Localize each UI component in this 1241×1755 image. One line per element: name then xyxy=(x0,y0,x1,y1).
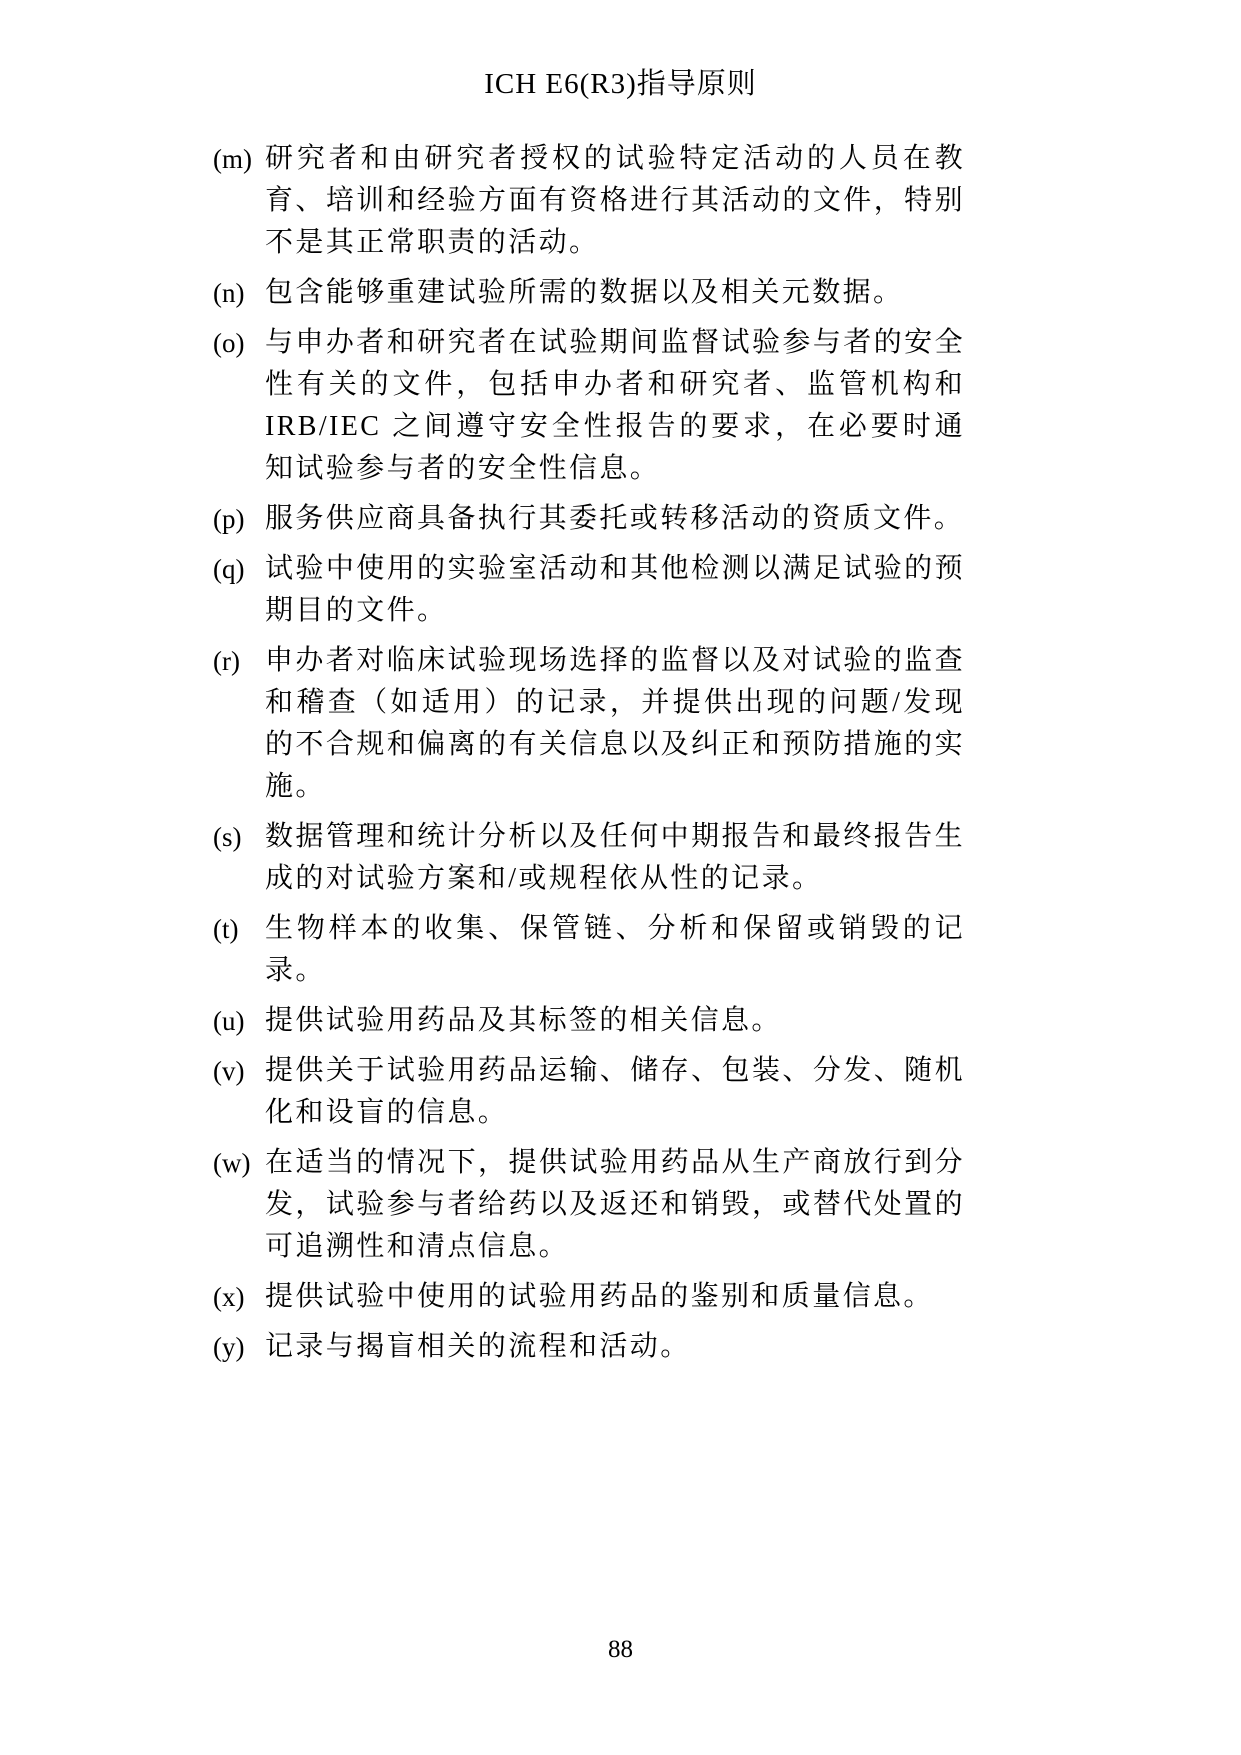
item-text: 包含能够重建试验所需的数据以及相关元数据。 xyxy=(265,272,965,314)
item-text: 申办者对临床试验现场选择的监督以及对试验的监查和稽查（如适用）的记录，并提供出现… xyxy=(265,640,965,808)
item-label: (u) xyxy=(213,1000,265,1042)
list-item: (q) 试验中使用的实验室活动和其他检测以满足试验的预期目的文件。 xyxy=(213,548,1241,632)
list-item: (w) 在适当的情况下，提供试验用药品从生产商放行到分发，试验参与者给药以及返还… xyxy=(213,1142,1241,1268)
item-label: (p) xyxy=(213,498,265,540)
item-text: 在适当的情况下，提供试验用药品从生产商放行到分发，试验参与者给药以及返还和销毁，… xyxy=(265,1142,965,1268)
page-title: ICH E6(R3)指导原则 xyxy=(0,66,1241,102)
list-item: (v) 提供关于试验用药品运输、储存、包装、分发、随机化和设盲的信息。 xyxy=(213,1050,1241,1134)
page-number: 88 xyxy=(0,1635,1241,1665)
item-text: 数据管理和统计分析以及任何中期报告和最终报告生成的对试验方案和/或规程依从性的记… xyxy=(265,816,965,900)
list-item: (x) 提供试验中使用的试验用药品的鉴别和质量信息。 xyxy=(213,1276,1241,1318)
item-text: 提供试验用药品及其标签的相关信息。 xyxy=(265,1000,965,1042)
list-item: (t) 生物样本的收集、保管链、分析和保留或销毁的记录。 xyxy=(213,908,1241,992)
list-item: (o) 与申办者和研究者在试验期间监督试验参与者的安全性有关的文件，包括申办者和… xyxy=(213,322,1241,490)
item-text: 试验中使用的实验室活动和其他检测以满足试验的预期目的文件。 xyxy=(265,548,965,632)
item-text: 提供试验中使用的试验用药品的鉴别和质量信息。 xyxy=(265,1276,965,1318)
item-label: (y) xyxy=(213,1326,265,1368)
item-label: (x) xyxy=(213,1276,265,1318)
item-label: (s) xyxy=(213,816,265,858)
list-item: (p) 服务供应商具备执行其委托或转移活动的资质文件。 xyxy=(213,498,1241,540)
item-label: (q) xyxy=(213,548,265,590)
item-label: (r) xyxy=(213,640,265,682)
item-text: 与申办者和研究者在试验期间监督试验参与者的安全性有关的文件，包括申办者和研究者、… xyxy=(265,322,965,490)
item-label: (w) xyxy=(213,1142,265,1184)
item-label: (m) xyxy=(213,138,265,180)
list-item: (r) 申办者对临床试验现场选择的监督以及对试验的监查和稽查（如适用）的记录，并… xyxy=(213,640,1241,808)
list-item: (s) 数据管理和统计分析以及任何中期报告和最终报告生成的对试验方案和/或规程依… xyxy=(213,816,1241,900)
item-label: (v) xyxy=(213,1050,265,1092)
item-text: 服务供应商具备执行其委托或转移活动的资质文件。 xyxy=(265,498,965,540)
item-label: (n) xyxy=(213,272,265,314)
item-list: (m) 研究者和由研究者授权的试验特定活动的人员在教育、培训和经验方面有资格进行… xyxy=(0,138,1241,1368)
list-item: (n) 包含能够重建试验所需的数据以及相关元数据。 xyxy=(213,272,1241,314)
item-label: (o) xyxy=(213,322,265,364)
list-item: (m) 研究者和由研究者授权的试验特定活动的人员在教育、培训和经验方面有资格进行… xyxy=(213,138,1241,264)
item-label: (t) xyxy=(213,908,265,950)
item-text: 记录与揭盲相关的流程和活动。 xyxy=(265,1326,965,1368)
item-text: 研究者和由研究者授权的试验特定活动的人员在教育、培训和经验方面有资格进行其活动的… xyxy=(265,138,965,264)
item-text: 提供关于试验用药品运输、储存、包装、分发、随机化和设盲的信息。 xyxy=(265,1050,965,1134)
list-item: (u) 提供试验用药品及其标签的相关信息。 xyxy=(213,1000,1241,1042)
document-page: ICH E6(R3)指导原则 (m) 研究者和由研究者授权的试验特定活动的人员在… xyxy=(0,0,1241,1755)
list-item: (y) 记录与揭盲相关的流程和活动。 xyxy=(213,1326,1241,1368)
item-text: 生物样本的收集、保管链、分析和保留或销毁的记录。 xyxy=(265,908,965,992)
